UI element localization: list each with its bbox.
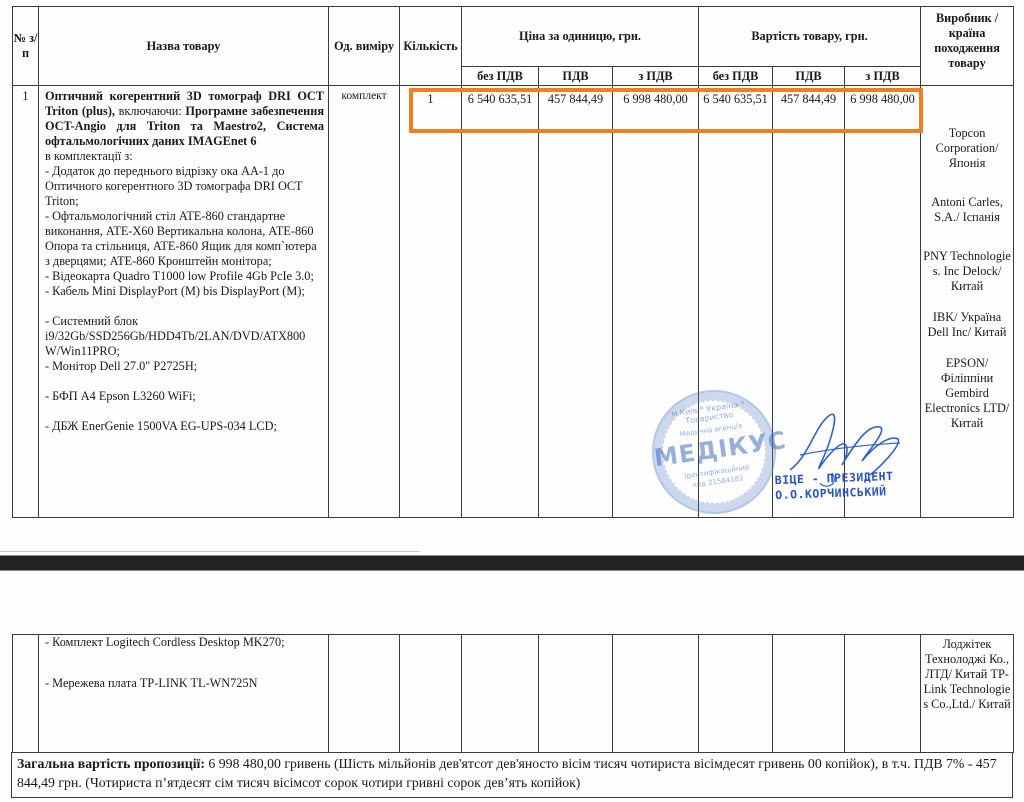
unit-price-vat: 457 844,49: [539, 86, 613, 518]
subheader-price-without-vat: без ПДВ: [462, 67, 539, 86]
header-manufacturer: Виробник /країна походження товару: [921, 7, 1014, 86]
header-qty: Кількість: [400, 7, 462, 86]
subheader-price-with-vat: з ПДВ: [613, 67, 699, 86]
qty-value: 1: [400, 86, 462, 518]
subheader-total-without-vat: без ПДВ: [699, 67, 773, 86]
page-edge: [0, 551, 420, 552]
subheader-total-with-vat: з ПДВ: [845, 67, 921, 86]
unit-price-without-vat: 6 540 635,51: [462, 86, 539, 518]
manufacturer-entry: EPSON/ Філіппіни Gembird Electronics LTD…: [921, 356, 1013, 431]
component-item: - Монітор Dell 27.0" P2725H;: [45, 359, 324, 374]
header-unit: Од. виміру: [329, 7, 400, 86]
component-item: - Системний блок i9/32Gb/SSD256Gb/HDD4Tb…: [45, 314, 324, 359]
including-label: включаючи:: [119, 104, 182, 118]
row-num: 1: [13, 86, 39, 518]
manufacturer-entry: PNY Technologie s. Inc Delock/ Китай: [921, 249, 1013, 294]
manufacturer-entry: IBK/ Україна Dell Inc/ Китай: [921, 310, 1013, 340]
unit-value: комплект: [329, 86, 400, 518]
header-num: № з/п: [13, 7, 39, 86]
subheader-total-vat: ПДВ: [773, 67, 845, 86]
component-item: - Комплект Logitech Cordless Desktop MK2…: [45, 635, 324, 650]
price-table-continued: - Комплект Logitech Cordless Desktop MK2…: [12, 634, 1014, 753]
component-item: - Кабель Mini DisplayPort (M) bis Displa…: [45, 284, 324, 299]
total-label: Загальна вартість пропозиції:: [17, 756, 205, 771]
component-item: - ДБЖ EnerGenie 1500VA EG-UPS-034 LCD;: [45, 419, 324, 434]
page-divider: [0, 555, 1024, 571]
component-item: - БФП А4 Epson L3260 WiFi;: [45, 389, 324, 404]
header-total-cost: Вартість товару, грн.: [699, 7, 921, 67]
manufacturer-cell: Topcon Corporation/ Японія Antoni Carles…: [921, 86, 1014, 518]
subheader-price-vat: ПДВ: [539, 67, 613, 86]
product-name-cell: - Комплект Logitech Cordless Desktop MK2…: [39, 635, 329, 753]
component-item: - Відеокарта Quadro T1000 low Profile 4G…: [45, 269, 324, 284]
signatory: ВІЦЕ - ПРЕЗИДЕНТ О.О.КОРЧИНСЬКИЙ: [775, 469, 895, 503]
component-item: - Мережева плата TP-LINK TL-WN725N: [45, 676, 324, 691]
manufacturer-entry: Antoni Carles, S.A./ Іспанія: [921, 195, 1013, 225]
table-row: - Комплект Logitech Cordless Desktop MK2…: [13, 635, 1014, 753]
component-item: - Офтальмологічний стіл ATE-860 стандарт…: [45, 209, 324, 269]
header-unit-price: Ціна за одиницю, грн.: [462, 7, 699, 67]
product-name-cell: Оптичний когерентний 3D томограф DRI OCT…: [39, 86, 329, 518]
manufacturer-cell: Лоджітек Технолоджі Ко., ЛТД/ Китай TP-L…: [921, 635, 1014, 753]
components-intro: в комплектації з:: [45, 149, 324, 164]
manufacturer-entry: Topcon Corporation/ Японія: [921, 126, 1013, 171]
header-name: Назва товару: [39, 7, 329, 86]
component-item: - Додаток до переднього відрізку ока AA-…: [45, 164, 324, 209]
document-page-1: № з/п Назва товару Од. виміру Кількість …: [0, 0, 1024, 553]
total-cost-statement: Загальна вартість пропозиції: 6 998 480,…: [11, 752, 1013, 798]
